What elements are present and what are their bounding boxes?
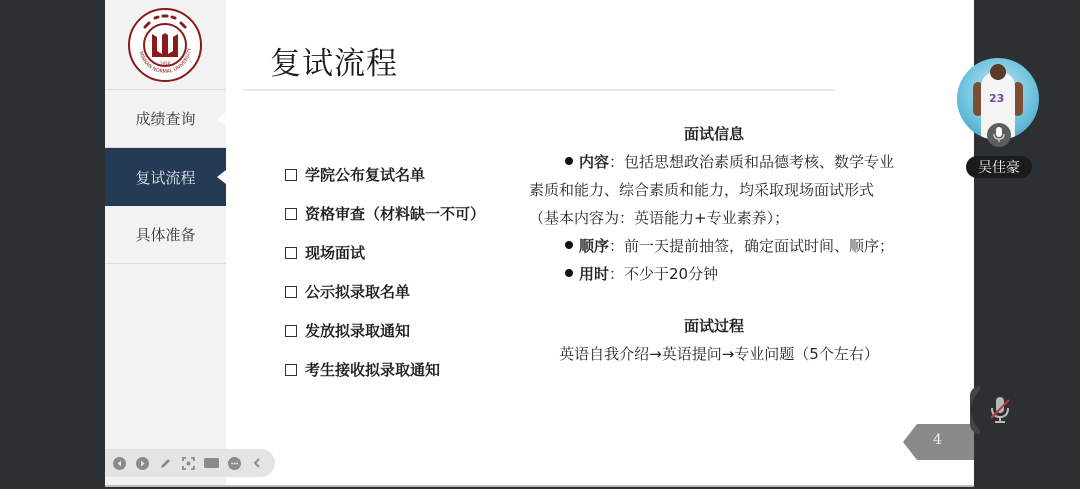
presentation-toolbar [105, 449, 275, 477]
slide-sidebar: 1958 MINNAN NORMAL UNIVERSITY 成绩查询 复试流程 … [105, 0, 226, 487]
logo-area: 1958 MINNAN NORMAL UNIVERSITY [105, 0, 226, 90]
presentation-slide: 1958 MINNAN NORMAL UNIVERSITY 成绩查询 复试流程 … [105, 0, 974, 487]
interview-info-heading: 面试信息 [529, 120, 899, 148]
more-icon[interactable] [226, 455, 242, 471]
sidebar-item-score-query[interactable]: 成绩查询 [105, 90, 226, 148]
pen-icon[interactable] [157, 455, 173, 471]
participant-mic-active-icon [987, 123, 1011, 147]
sidebar-item-label: 具体准备 [135, 224, 195, 245]
step-item: 学院公布复试名单 [285, 155, 485, 194]
sidebar-item-preparation[interactable]: 具体准备 [105, 206, 226, 264]
checkbox-icon [285, 247, 297, 259]
checkbox-icon [285, 286, 297, 298]
bullet-icon [565, 241, 573, 249]
checkbox-icon [285, 364, 297, 376]
next-icon[interactable] [134, 455, 150, 471]
bullet-icon [565, 269, 573, 277]
step-item: 现场面试 [285, 233, 485, 272]
interview-process-heading: 面试过程 [529, 312, 899, 340]
page-number-badge: 4 [903, 424, 974, 460]
screenshot-icon[interactable] [180, 455, 196, 471]
info-order: 顺序：前一天提前抽签，确定面试时间、顺序； [529, 232, 899, 260]
title-divider [243, 89, 835, 91]
step-item: 公示拟录取名单 [285, 272, 485, 311]
process-steps-list: 学院公布复试名单 资格审查（材料缺一不可） 现场面试 公示拟录取名单 发放拟录取… [285, 155, 485, 389]
participant-name: 吴佳豪 [966, 156, 1032, 178]
checkbox-icon [285, 169, 297, 181]
active-pointer-arrow-icon [217, 170, 226, 184]
university-logo-icon: 1958 MINNAN NORMAL UNIVERSITY [127, 7, 203, 83]
collapse-icon[interactable] [249, 455, 265, 471]
camera-icon[interactable] [203, 455, 219, 471]
info-duration: 用时：不少于20分钟 [529, 260, 899, 288]
checkbox-icon [285, 325, 297, 337]
bullet-icon [565, 157, 573, 165]
checkbox-icon [285, 208, 297, 220]
previous-icon[interactable] [111, 455, 127, 471]
sidebar-item-label: 复试流程 [135, 167, 195, 188]
step-item: 资格审查（材料缺一不可） [285, 194, 485, 233]
mic-muted-icon [989, 396, 1011, 424]
mute-toggle-button[interactable] [971, 384, 1029, 436]
step-item: 考生接收拟录取通知 [285, 350, 485, 389]
pointer-arrow-icon [217, 112, 226, 126]
slide-title: 复试流程 [270, 38, 398, 83]
sidebar-item-label: 成绩查询 [135, 108, 195, 129]
info-content: 内容：包括思想政治素质和品德考核、数学专业素质和能力、综合素质和能力，均采取现场… [529, 148, 899, 232]
svg-text:1958: 1958 [160, 61, 171, 66]
step-item: 发放拟录取通知 [285, 311, 485, 350]
interview-process-text: 英语自我介绍→英语提问→专业问题（5个左右） [539, 340, 899, 368]
left-dark-margin [0, 0, 105, 489]
page-number: 4 [933, 432, 942, 448]
interview-info-panel: 面试信息 内容：包括思想政治素质和品德考核、数学专业素质和能力、综合素质和能力，… [529, 120, 899, 368]
sidebar-item-retest-process[interactable]: 复试流程 [105, 148, 226, 206]
